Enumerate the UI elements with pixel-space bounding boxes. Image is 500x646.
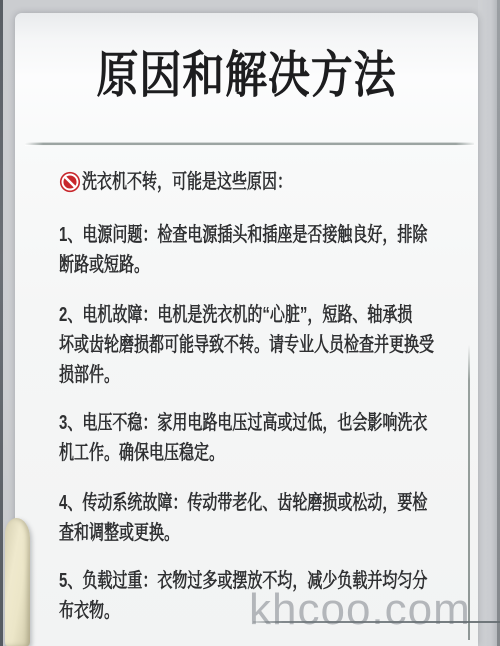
left-edge-strip xyxy=(0,0,3,646)
item-line: 查和调整或更换。 xyxy=(59,518,366,548)
paper-scrap xyxy=(5,518,30,646)
no-entry-icon xyxy=(59,171,81,193)
info-card: 原因和解决方法 洗衣机不转，可能是这些原因： 1、电源问题：检查电源插头和插座是… xyxy=(15,13,478,646)
intro-row: 洗衣机不转，可能是这些原因： xyxy=(59,167,468,197)
cause-item-motor: 2、电机故障：电机是洗衣机的“心脏”，短路、轴承损 坏或齿轮磨损都可能导致不转。… xyxy=(59,300,468,390)
page-title: 原因和解决方法 xyxy=(97,50,397,100)
cause-list: 洗衣机不转，可能是这些原因： 1、电源问题：检查电源插头和插座是否接触良好，排除… xyxy=(59,167,468,626)
item-line: 3、电压不稳：家用电路电压过高或过低，也会影响洗衣 xyxy=(59,408,366,438)
item-line: 4、传动系统故障：传动带老化、齿轮磨损或松动，要检 xyxy=(59,488,366,518)
photo-background: 原因和解决方法 洗衣机不转，可能是这些原因： 1、电源问题：检查电源插头和插座是… xyxy=(0,0,500,646)
watermark: khcoo.com xyxy=(249,588,471,632)
horizontal-crease-line xyxy=(253,621,500,623)
item-line: 机工作。确保电压稳定。 xyxy=(59,438,366,468)
item-line: 2、电机故障：电机是洗衣机的“心脏”，短路、轴承损 xyxy=(59,300,366,330)
item-line: 断路或短路。 xyxy=(59,250,366,280)
intro-text: 洗衣机不转，可能是这些原因： xyxy=(82,167,292,197)
title-divider-line xyxy=(25,142,474,146)
cause-item-power: 1、电源问题：检查电源插头和插座是否接触良好，排除 断路或短路。 xyxy=(59,220,468,280)
cause-item-voltage: 3、电压不稳：家用电路电压过高或过低，也会影响洗衣 机工作。确保电压稳定。 xyxy=(59,408,468,468)
item-line: 坏或齿轮磨损都可能导致不转。请专业人员检查并更换受 xyxy=(59,330,366,360)
cause-item-transmission: 4、传动系统故障：传动带老化、齿轮磨损或松动，要检 查和调整或更换。 xyxy=(59,488,468,548)
title-row: 原因和解决方法 xyxy=(15,50,478,100)
item-line: 1、电源问题：检查电源插头和插座是否接触良好，排除 xyxy=(59,220,366,250)
right-gutter xyxy=(478,0,497,646)
item-line: 损部件。 xyxy=(59,360,366,390)
